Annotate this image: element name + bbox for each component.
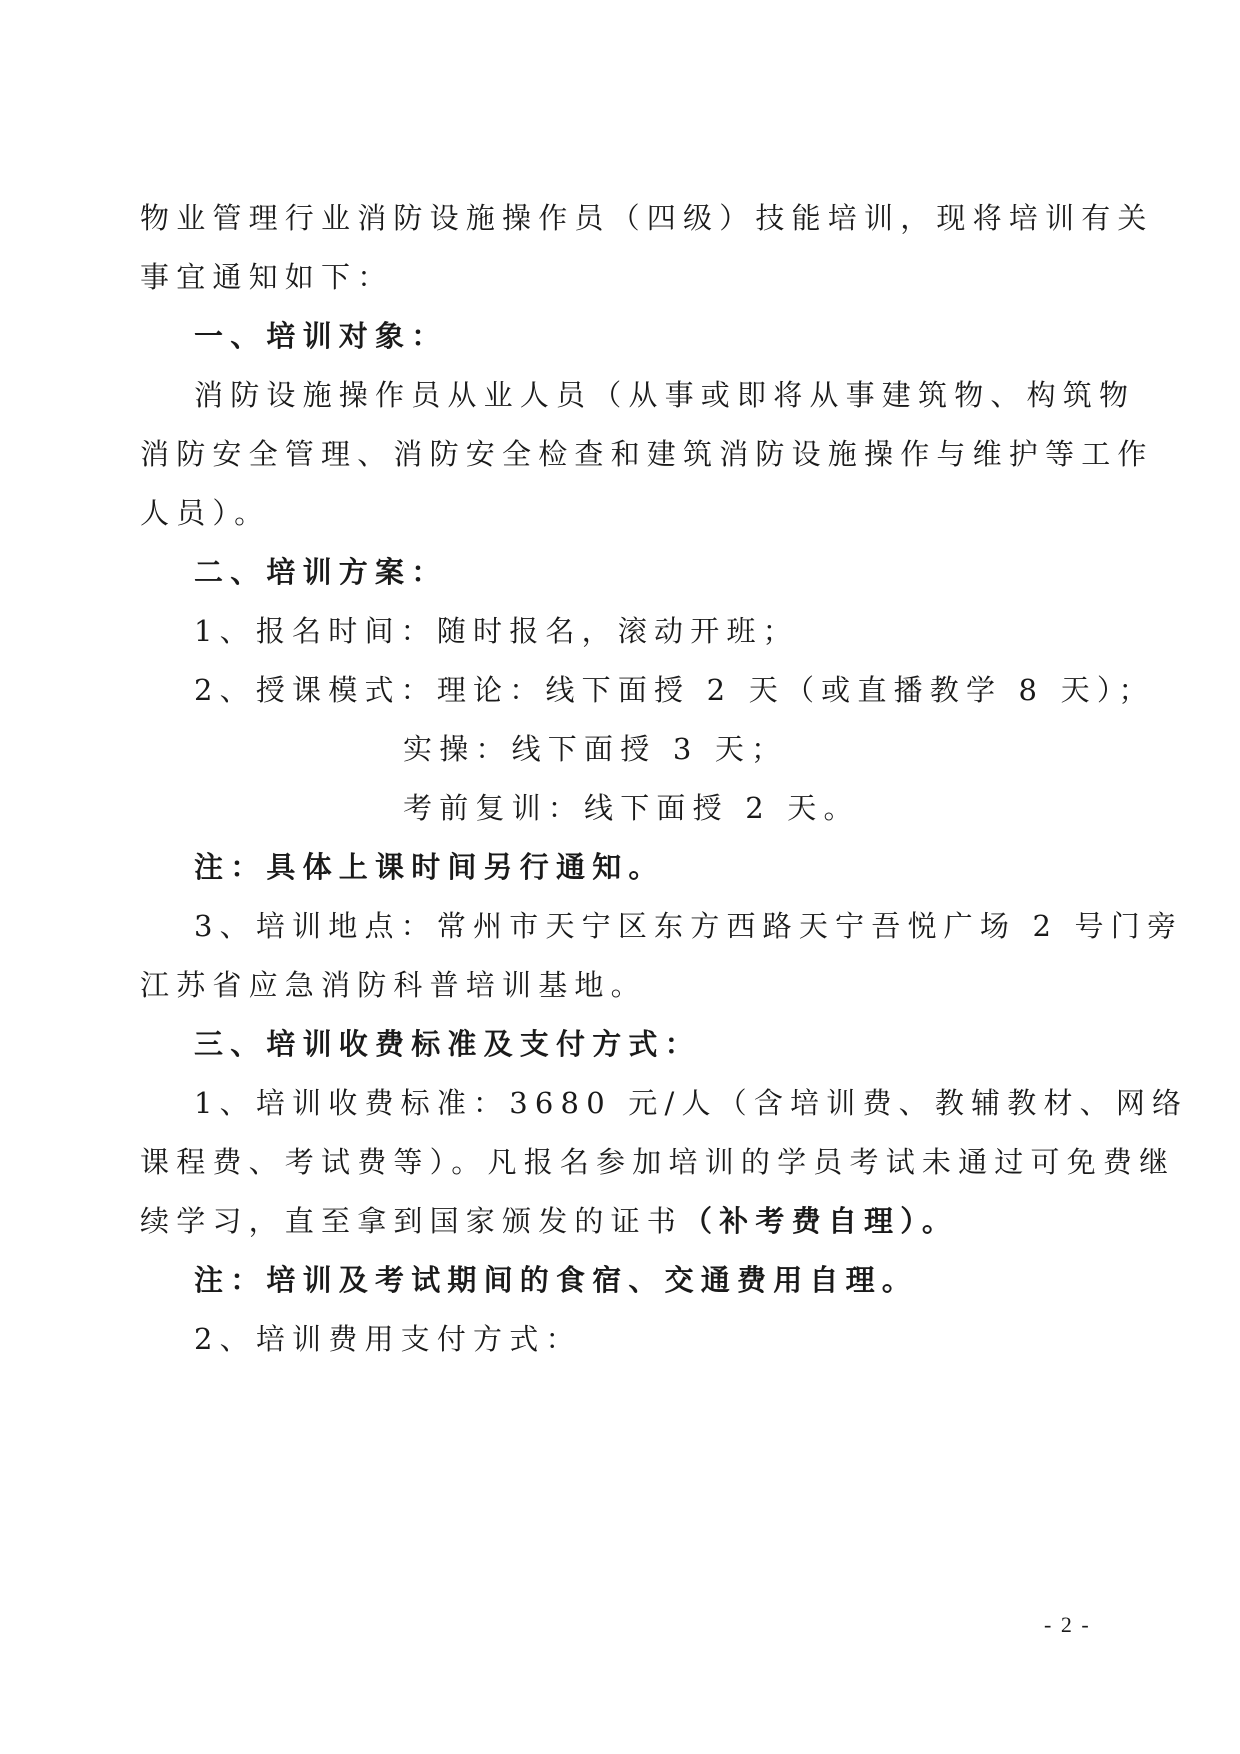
section-1-heading: 一、培训对象： [194,316,447,356]
document-page: 物业管理行业消防设施操作员（四级）技能培训，现将培训有关 事宜通知如下： 一、培… [0,0,1240,1754]
page-number: - 2 - [1044,1612,1091,1638]
section-3-item-1-line-2: 课程费、考试费等）。凡报名参加培训的学员考试未通过可免费继 [140,1142,1175,1182]
section-3-item-1-line-3-text: 续学习，直至拿到国家颁发的证书 [140,1204,683,1238]
section-2-item-2: 2、授课模式：理论：线下面授 2 天（或直播教学 8 天）； [194,670,1155,710]
section-2-note: 注：具体上课时间另行通知。 [194,847,665,887]
section-3-item-1-line-3-bold: （补考费自理）。 [683,1204,958,1238]
section-2-item-3-line-1: 3、培训地点：常州市天宁区东方西路天宁吾悦广场 2 号门旁 [194,906,1183,946]
section-2-item-2-practice: 实操：线下面授 3 天； [403,729,787,769]
section-3-item-1-line-3: 续学习，直至拿到国家颁发的证书（补考费自理）。 [140,1201,958,1241]
intro-line-1: 物业管理行业消防设施操作员（四级）技能培训，现将培训有关 [140,198,1154,238]
section-1-body-line-1: 消防设施操作员从业人员（从事或即将从事建筑物、构筑物 [194,375,1135,415]
section-1-body-line-2: 消防安全管理、消防安全检查和建筑消防设施操作与维护等工作 [140,434,1154,474]
section-3-item-2: 2、培训费用支付方式： [194,1319,582,1359]
section-3-item-1-line-1: 1、培训收费标准：3680 元/人（含培训费、教辅教材、网络 [194,1083,1188,1123]
section-2-item-2-review: 考前复训：线下面授 2 天。 [403,788,860,828]
section-2-heading: 二、培训方案： [194,552,447,592]
section-3-note: 注：培训及考试期间的食宿、交通费用自理。 [194,1260,918,1300]
section-1-body-line-3: 人员）。 [140,493,270,533]
section-2-item-1: 1、报名时间：随时报名，滚动开班； [194,611,799,651]
section-3-heading: 三、培训收费标准及支付方式： [194,1024,701,1064]
section-2-item-3-line-2: 江苏省应急消防科普培训基地。 [140,965,647,1005]
intro-line-2: 事宜通知如下： [140,257,393,297]
